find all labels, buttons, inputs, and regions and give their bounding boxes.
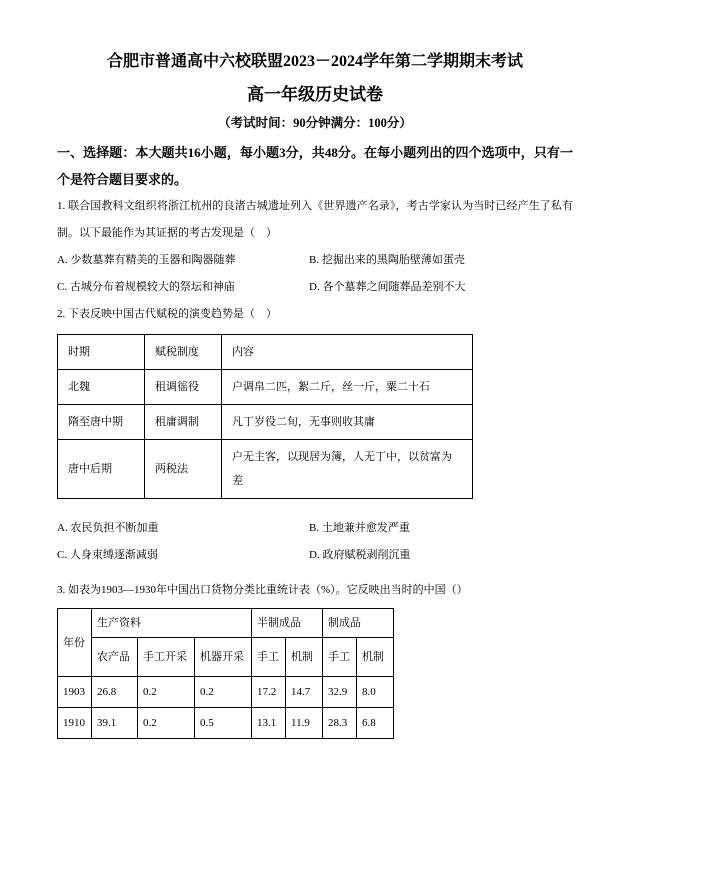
- table-cell: 1910: [58, 708, 92, 739]
- question-2-stem: 2. 下表反映中国古代赋税的演变趋势是（ ）: [57, 301, 573, 328]
- table-cell: 0.5: [195, 708, 252, 739]
- question-1-option-c: C. 古城分布着规模较大的祭坛和神庙: [57, 274, 309, 301]
- exam-title: 合肥市普通高中六校联盟2023－2024学年第二学期期末考试: [57, 52, 573, 72]
- table-cell: 11.9: [286, 708, 323, 739]
- tax-table-header-row: 时期 赋税制度 内容: [58, 335, 473, 370]
- table-cell: 租调徭役: [145, 370, 222, 405]
- table-cell: 26.8: [92, 677, 138, 708]
- export-table-group-semi-finished: 半制成品: [252, 609, 323, 638]
- table-cell: 手工: [323, 638, 357, 677]
- table-cell: 1903: [58, 677, 92, 708]
- table-cell: 户无主客，以现居为簿，人无丁中，以贫富为差: [222, 440, 473, 499]
- export-table-group-header-row: 年份 生产资料 半制成品 制成品: [58, 609, 394, 638]
- table-cell: 农产品: [92, 638, 138, 677]
- tax-table-row-beiwei: 北魏 租调徭役 户调帛二匹，絮二斤，丝一斤，粟二十石: [58, 370, 473, 405]
- table-cell: 手工: [252, 638, 286, 677]
- table-cell: 32.9: [323, 677, 357, 708]
- table-cell: 租庸调制: [145, 405, 222, 440]
- tax-table-row-sui-tang: 隋至唐中期 租庸调制 凡丁岁役二旬，无事则收其庸: [58, 405, 473, 440]
- export-table-row-1903: 1903 26.8 0.2 0.2 17.2 14.7 32.9 8.0: [58, 677, 394, 708]
- table-cell: 手工开采: [138, 638, 195, 677]
- table-cell: 14.7: [286, 677, 323, 708]
- tax-system-table: 时期 赋税制度 内容 北魏 租调徭役 户调帛二匹，絮二斤，丝一斤，粟二十石 隋至…: [57, 334, 473, 499]
- exam-info-line: （考试时间：90分钟满分：100分）: [57, 115, 573, 131]
- question-2-option-c: C. 人身束缚逐渐减弱: [57, 542, 309, 569]
- question-1-stem: 1. 联合国教科文组织将浙江杭州的良渚古城遗址列入《世界遗产名录》，考古学家认为…: [57, 193, 573, 247]
- question-1-option-d: D. 各个墓葬之间随葬品差别不大: [309, 274, 573, 301]
- table-cell: 6.8: [357, 708, 394, 739]
- table-cell: 28.3: [323, 708, 357, 739]
- tax-table-header-period: 时期: [58, 335, 145, 370]
- table-cell: 户调帛二匹，絮二斤，丝一斤，粟二十石: [222, 370, 473, 405]
- export-goods-table: 年份 生产资料 半制成品 制成品 农产品 手工开采 机器开采 手工 机制 手工 …: [57, 608, 394, 739]
- exam-paper-page: 合肥市普通高中六校联盟2023－2024学年第二学期期末考试 高一年级历史试卷 …: [0, 0, 701, 877]
- question-1-options: A. 少数墓葬有精美的玉器和陶器随葬 B. 挖掘出来的黑陶胎壁薄如蛋壳 C. 古…: [57, 247, 573, 301]
- export-table-group-finished: 制成品: [323, 609, 394, 638]
- table-cell: 13.1: [252, 708, 286, 739]
- table-cell: 0.2: [138, 708, 195, 739]
- export-table-year-header: 年份: [58, 609, 92, 677]
- table-cell: 北魏: [58, 370, 145, 405]
- tax-table-row-late-tang: 唐中后期 两税法 户无主客，以现居为簿，人无丁中，以贫富为差: [58, 440, 473, 499]
- table-cell: 机器开采: [195, 638, 252, 677]
- question-3-stem: 3. 如表为1903—1930年中国出口货物分类比重统计表（%）。它反映出当时的…: [57, 577, 573, 604]
- table-cell: 两税法: [145, 440, 222, 499]
- question-1-option-b: B. 挖掘出来的黑陶胎壁薄如蛋壳: [309, 247, 573, 274]
- table-cell: 凡丁岁役二旬，无事则收其庸: [222, 405, 473, 440]
- tax-table-header-system: 赋税制度: [145, 335, 222, 370]
- table-cell: 机制: [286, 638, 323, 677]
- question-2-option-d: D. 政府赋税剥削沉重: [309, 542, 573, 569]
- table-cell: 0.2: [138, 677, 195, 708]
- question-2-option-b: B. 土地兼并愈发严重: [309, 515, 573, 542]
- table-cell: 0.2: [195, 677, 252, 708]
- table-cell: 17.2: [252, 677, 286, 708]
- question-1-option-a: A. 少数墓葬有精美的玉器和陶器随葬: [57, 247, 309, 274]
- table-cell: 唐中后期: [58, 440, 145, 499]
- table-cell: 8.0: [357, 677, 394, 708]
- question-2-options: A. 农民负担不断加重 B. 土地兼并愈发严重 C. 人身束缚逐渐减弱 D. 政…: [57, 515, 573, 569]
- exam-content: 合肥市普通高中六校联盟2023－2024学年第二学期期末考试 高一年级历史试卷 …: [57, 52, 573, 739]
- table-cell: 机制: [357, 638, 394, 677]
- table-cell: 39.1: [92, 708, 138, 739]
- table-cell: 隋至唐中期: [58, 405, 145, 440]
- export-table-sub-header-row: 农产品 手工开采 机器开采 手工 机制 手工 机制: [58, 638, 394, 677]
- exam-subtitle: 高一年级历史试卷: [57, 84, 573, 106]
- tax-table-header-content: 内容: [222, 335, 473, 370]
- export-table-group-means-of-production: 生产资料: [92, 609, 252, 638]
- section-one-heading: 一、选择题：本大题共16小题，每小题3分，共48分。在每小题列出的四个选项中，只…: [57, 139, 573, 193]
- question-2-option-a: A. 农民负担不断加重: [57, 515, 309, 542]
- export-table-row-1910: 1910 39.1 0.2 0.5 13.1 11.9 28.3 6.8: [58, 708, 394, 739]
